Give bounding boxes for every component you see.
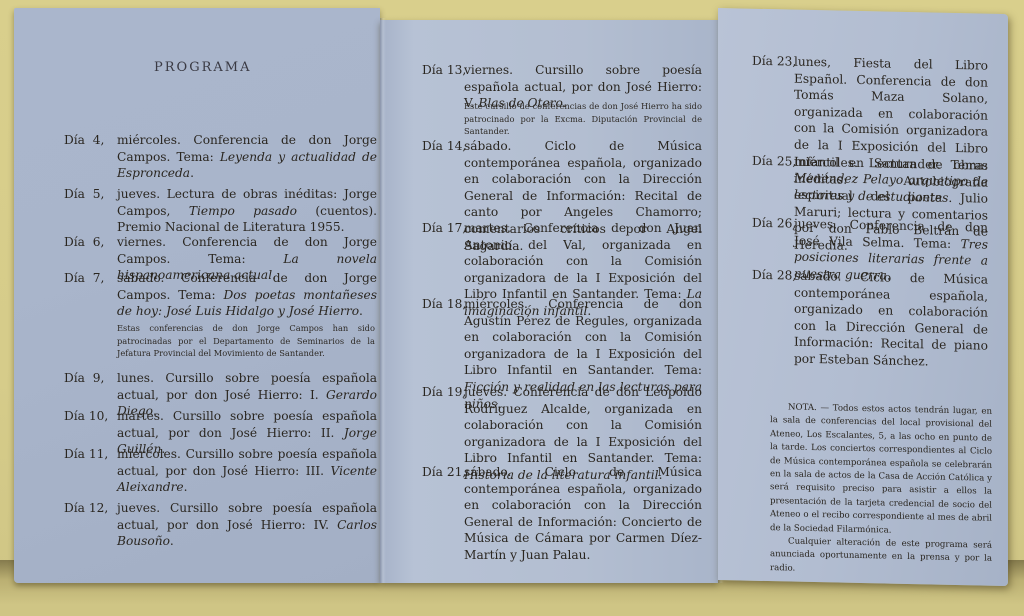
page-title: PROGRAMA xyxy=(154,60,251,75)
program-entry: Día 5, jueves. Lectura de obras inéditas… xyxy=(64,186,377,236)
nota-alteration: Cualquier alteración de este programa se… xyxy=(770,535,992,580)
brochure-panel-left: PROGRAMA Día 4, miércoles. Conferencia d… xyxy=(14,8,380,583)
brochure-panel-middle: Día 13, viernes. Cursillo sobre poesía e… xyxy=(380,20,718,583)
sponsor-note: Estas conferencias de don Jorge Campos h… xyxy=(117,322,375,360)
fold-crease xyxy=(380,18,386,583)
program-entry: Día 28, sábado. Ciclo de Música contempo… xyxy=(752,267,988,372)
nota-section: NOTA. — Todos estos actos tendrán lugar,… xyxy=(770,401,992,580)
program-entry: Día 7, sábado. Conferencia de don Jorge … xyxy=(64,270,377,320)
brochure-panel-right: Día 23, lunes, Fiesta del Libro Español.… xyxy=(718,8,1008,586)
entry-day: Día 4, xyxy=(64,132,104,149)
program-entry: Día 12, jueves. Cursillo sobre poesía es… xyxy=(64,500,377,550)
program-entry: Día 4, miércoles. Conferencia de don Jor… xyxy=(64,132,377,182)
sponsor-note: Este cursillo de conferencias de don Jos… xyxy=(464,100,702,138)
nota-text: NOTA. — Todos estos actos tendrán lugar,… xyxy=(770,401,992,540)
program-entry: Día 21, sábado. Ciclo de Música contempo… xyxy=(422,464,702,564)
program-entry: Día 11, miércoles. Cursillo sobre poesía… xyxy=(64,446,377,496)
